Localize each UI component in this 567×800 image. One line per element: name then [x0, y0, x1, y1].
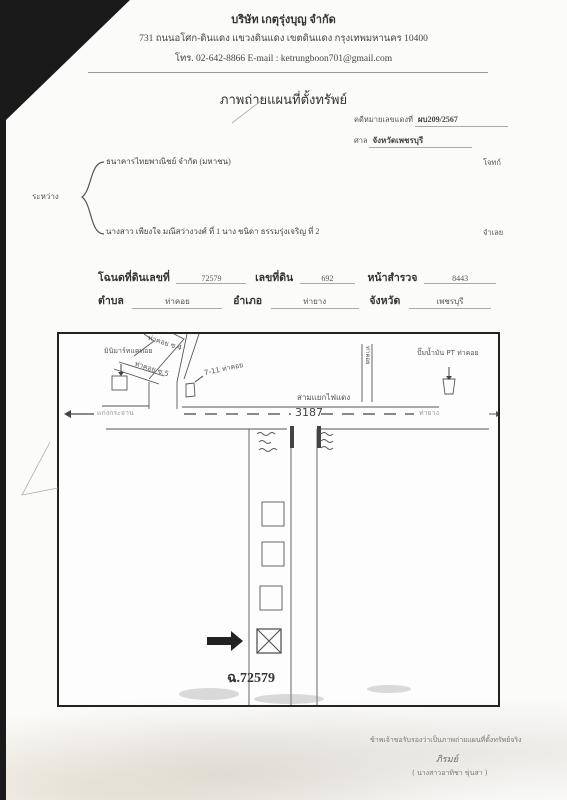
- signature: ภิรมย์: [436, 752, 458, 766]
- case-number-label: คดีหมายเลขแดงที่: [354, 115, 413, 124]
- certification-text: ข้าพเจ้าขอรับรองว่าเป็นภาพถ่ายแผนที่ตั้ง…: [370, 735, 522, 746]
- map-drawing: [59, 334, 500, 707]
- subdistrict-value: ท่าคอย: [132, 295, 222, 309]
- signer-name: ( นางสาวอาทิชา ขุ่นสา ): [412, 768, 488, 779]
- defendant-role: จำเลย: [483, 227, 503, 239]
- case-number-value: ผบ209/2567: [415, 113, 508, 127]
- map-landmark-pt-station: ปั๊มน้ำมัน PT ท่าคอย: [417, 348, 479, 359]
- deed-label: โฉนดที่ดินเลขที่: [98, 273, 170, 284]
- plaintiff-role: โจทก์: [483, 157, 501, 169]
- parcel-number: 692: [300, 274, 355, 284]
- deed-number: 72579: [176, 274, 246, 284]
- map-direction-right: ท่ายาง: [419, 408, 439, 419]
- court-row: ศาล จังหวัดเพชรบุรี: [354, 134, 472, 148]
- pen-stroke-mark: [10, 440, 60, 510]
- district-value: ท่ายาง: [271, 295, 359, 309]
- court-value: จังหวัดเพชรบุรี: [369, 134, 472, 148]
- province-value: เพชรบุรี: [409, 295, 491, 309]
- court-label: ศาล: [354, 136, 368, 145]
- pen-stroke-mark: [228, 95, 268, 125]
- between-label: ระหว่าง: [32, 190, 59, 203]
- map-soi-sign: ท่าคอย: [362, 346, 372, 364]
- subdistrict-label: ตำบล: [98, 296, 124, 307]
- company-address: 731 ถนนอโศก-ดินแดง แขวงดินแดง เขตดินแดง …: [0, 31, 567, 46]
- district-label: อำเภอ: [233, 296, 262, 307]
- location-map: มินิมาร์ทแคทอย ท่าคอย ซ.4 ท่าคอย ซ.5 7-1…: [57, 332, 500, 707]
- province-label: จังหวัด: [369, 296, 400, 307]
- map-direction-left: แก่งกระจาน: [97, 408, 134, 419]
- parcel-label: เลขที่ดิน: [255, 273, 293, 284]
- company-name: บริษัท เกตุรุ่งบุญ จำกัด: [0, 10, 567, 28]
- defendant-names: นางสาว เพียงใจ มณีสว่างวงศ์ ที่ 1 นาง ชน…: [106, 225, 319, 238]
- map-landmark-minimart: มินิมาร์ทแคทอย: [104, 346, 152, 357]
- deed-row: โฉนดที่ดินเลขที่ 72579 เลขที่ดิน 692 หน้…: [98, 269, 496, 286]
- map-lot-label: ฉ.72579: [227, 667, 275, 689]
- location-row: ตำบล ท่าคอย อำเภอ ท่ายาง จังหวัด เพชรบุร…: [98, 292, 491, 309]
- map-road-number: 3187: [295, 406, 323, 419]
- survey-label: หน้าสำรวจ: [367, 273, 417, 284]
- case-number-row: คดีหมายเลขแดงที่ ผบ209/2567: [354, 113, 508, 127]
- company-contact: โทร. 02-642-8866 E-mail : ketrungboon701…: [0, 51, 567, 66]
- brace-icon: [78, 160, 108, 238]
- plaintiff-name: ธนาคารไทยพาณิชย์ จำกัด (มหาชน): [106, 155, 231, 168]
- document-title: ภาพถ่ายแผนที่ตั้งทรัพย์: [0, 89, 567, 110]
- header-divider: [88, 72, 488, 73]
- document-page: บริษัท เกตุรุ่งบุญ จำกัด 731 ถนนอโศก-ดิน…: [0, 0, 567, 800]
- survey-number: 8443: [424, 274, 496, 284]
- map-intersection-label: สามแยกไฟแดง: [297, 391, 350, 404]
